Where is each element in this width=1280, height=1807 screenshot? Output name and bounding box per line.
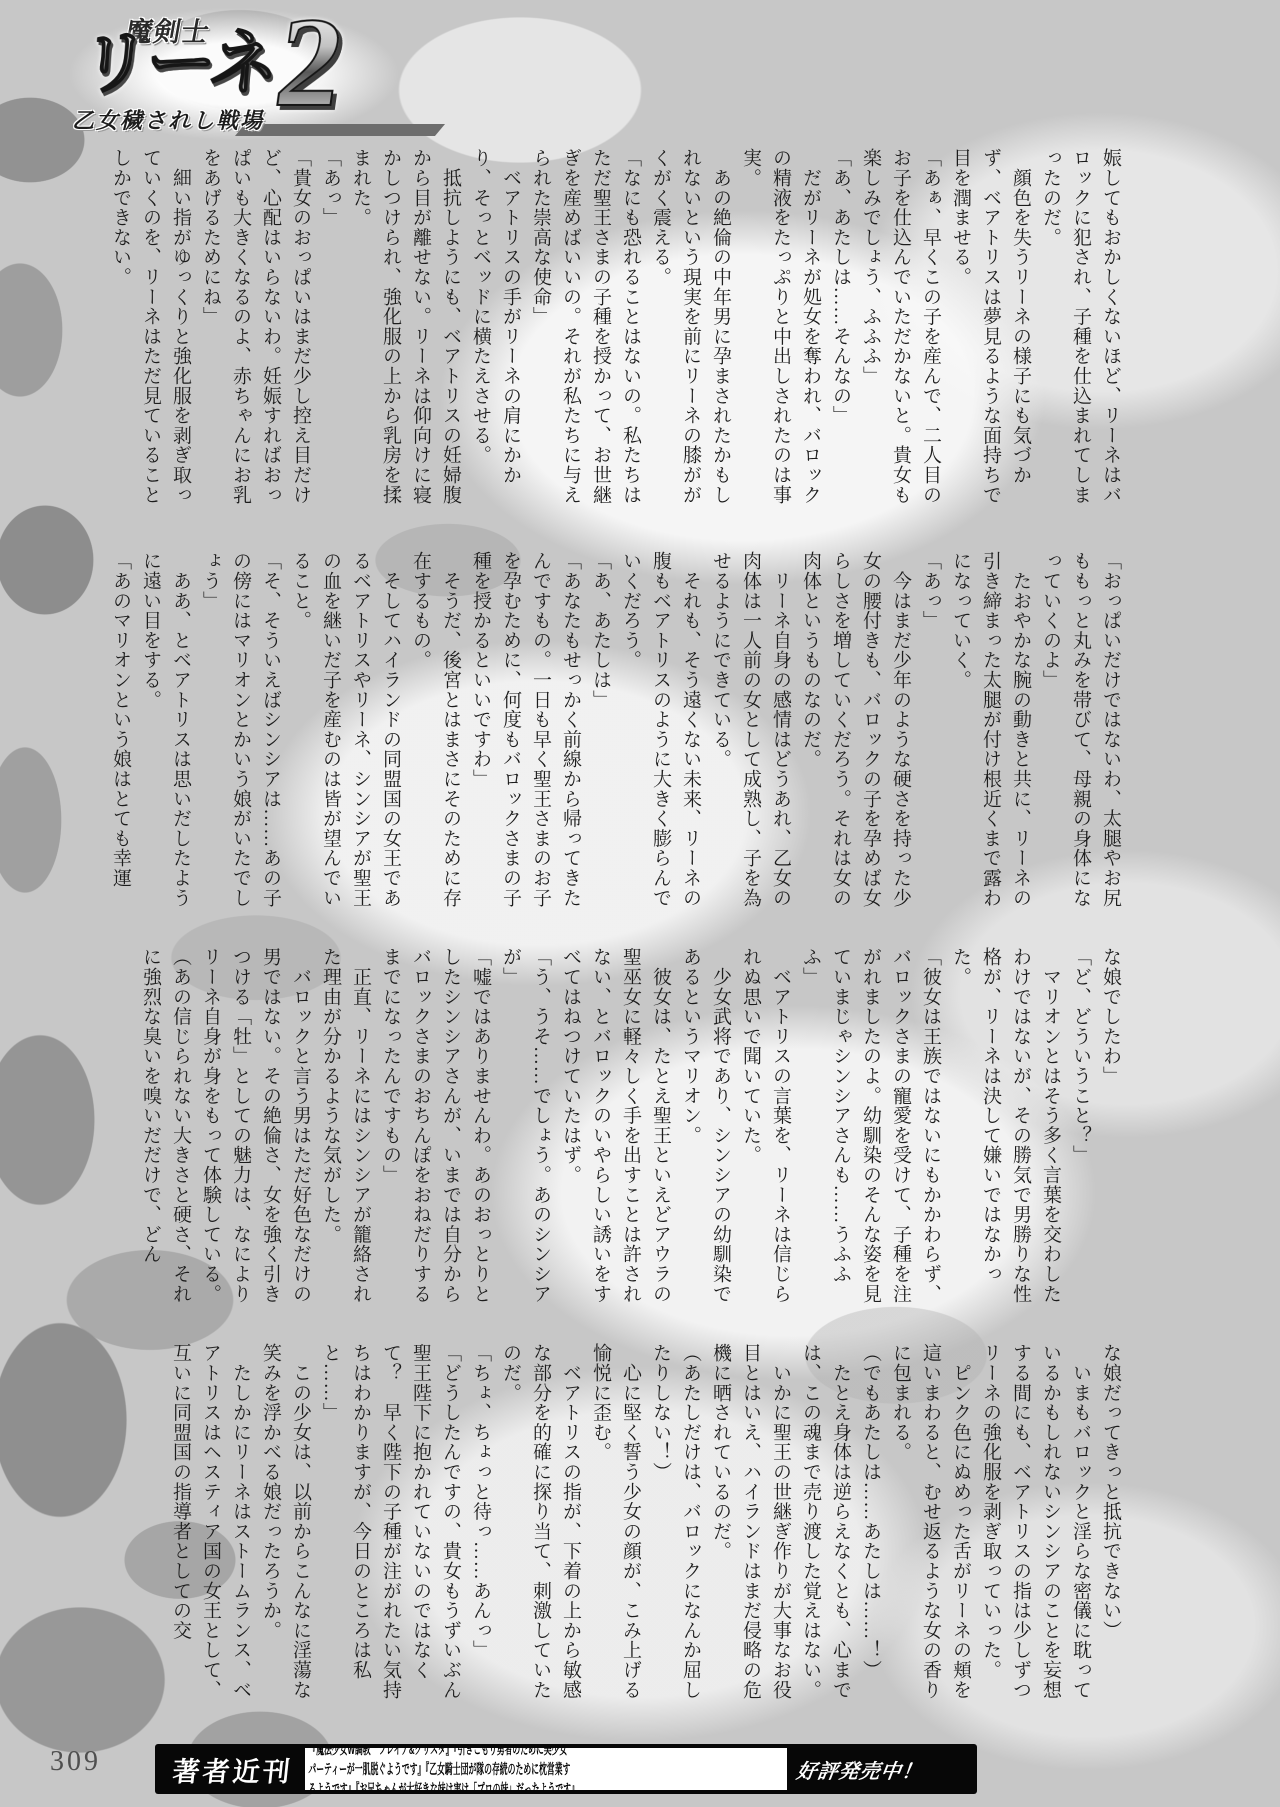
paragraph: ベアトリスの指が、下着の上から敏感な部分を的確に探り当て、刺激していたのだ。 <box>495 1343 585 1705</box>
text-band-3: な娘でしたわ」「ど、どういうこと？」 マリオンとはそう多く言葉を交わしたわけでは… <box>135 947 1125 1309</box>
paragraph: 「あ、あたしは」 <box>585 551 615 913</box>
paragraph: 「そ、そういえばシンシアは……あの子の傍にはマリオンとかいう娘がいたでしょう」 <box>195 551 285 913</box>
paragraph: 「おっぱいだけではないわ、太腿やお尻ももっと丸みを帯びて、母親の身体になっていく… <box>1035 551 1125 913</box>
paragraph: （あの信じられない大きさと硬さ、それに強烈な臭いを嗅いだだけで、どん <box>135 947 195 1309</box>
paragraph: たおやかな腕の動きと共に、リーネの引き締まった太腿が付け根近くまで露わになってい… <box>945 551 1035 913</box>
availability-badge: 好評発売中！ <box>785 1755 933 1784</box>
paragraph: たとえ身体は逆らえなくとも、心までは、この魂まで売り渡した覚えはない。 <box>795 1343 855 1705</box>
paragraph: 「あ、あたしは……そんなの」 <box>825 148 855 510</box>
text-band-4: な娘だってきっと抵抗できない） いまもバロックと淫らな密儀に耽っているかもしれな… <box>165 1343 1125 1705</box>
works-list: 『魔法少女W調教 フレイア&クリスタ』『引きこもり勇者のために美少女パーティーが… <box>305 1748 575 1790</box>
text-band-2: 「おっぱいだけではないわ、太腿やお尻ももっと丸みを帯びて、母親の身体になっていく… <box>105 551 1125 913</box>
paragraph: たしかにリーネはストームランス、ベアトリスはヘスティア国の女王として、互いに同盟… <box>165 1343 255 1705</box>
logo-title-main: リーネ <box>78 30 277 100</box>
paragraph: 少女武将であり、シンシアの幼馴染であるというマリオン。 <box>675 947 735 1309</box>
paragraph: な娘だってきっと抵抗できない） <box>1095 1343 1125 1705</box>
paragraph: （あたしだけは、バロックになんか屈したりしない！） <box>645 1343 705 1705</box>
paragraph: 「あぁ、早くこの子を産んで、二人目のお子を仕込んでいただかないと。貴女も楽しみで… <box>855 148 945 510</box>
paragraph: 「ちょ、ちょっと待っ……あんっ」 <box>465 1343 495 1705</box>
paragraph: この少女は、以前からこんなに淫蕩な笑みを浮かべる娘だったろうか。 <box>255 1343 315 1705</box>
paragraph: な娘でしたわ」 <box>1095 947 1125 1309</box>
paragraph: いかに聖王の世継ぎ作りが大事なお役目とはいえ、ハイランドはまだ侵略の危機に晒され… <box>705 1343 795 1705</box>
paragraph: 「あっ」 <box>915 551 945 913</box>
works-list-box: 『魔法少女W調教 フレイア&クリスタ』『引きこもり勇者のために美少女パーティーが… <box>305 1748 787 1790</box>
paragraph: 今はまだ少年のような硬さを持った少女の腰付きも、バロックの子を孕めば女らしさを増… <box>795 551 915 913</box>
paragraph: いまもバロックと淫らな密儀に耽っているかもしれないシンシアのことを妄想する間にも… <box>975 1343 1095 1705</box>
paragraph: 「嘘ではありませんわ。あのおっとりとしたシンシアさんが、いまでは自分からバロック… <box>375 947 495 1309</box>
paragraph: （でもあたしは……あたしは……！） <box>855 1343 885 1705</box>
paragraph: 顔色を失うリーネの様子にも気づかず、ベアトリスは夢見るような面持ちで目を潤ませる… <box>945 148 1035 510</box>
paragraph: ピンク色にぬめった舌がリーネの頬を這いまわると、むせ返るような女の香りに包まれる… <box>885 1343 975 1705</box>
paragraph: 娠してもおかしくないほど、リーネはバロックに犯され、子種を仕込まれてしまったのだ… <box>1035 148 1125 510</box>
logo-title-number: 2 <box>269 0 351 126</box>
paragraph: ベアトリスの手がリーネの肩にかかり、そっとベッドに横たえさせる。 <box>465 148 525 510</box>
paragraph: ああ、とベアトリスは思いだしたように遠い目をする。 <box>135 551 195 913</box>
paragraph: 抵抗しようにも、ベアトリスの妊婦腹から目が離せない。リーネは仰向けに寝かしつけら… <box>345 148 465 510</box>
paragraph: 細い指がゆっくりと強化服を剥ぎ取っていくのを、リーネはただ見ていることしかできな… <box>105 148 195 510</box>
paragraph: 「彼女は王族ではないにもかかわらず、バロックさまの寵愛を受けて、子種を注がれまし… <box>795 947 945 1309</box>
paragraph: 心に堅く誓う少女の顔が、こみ上げる愉悦に歪む。 <box>585 1343 645 1705</box>
paragraph: 「あなたもせっかく前線から帰ってきたんですもの。一日も早く聖王さまのお子を孕むた… <box>465 551 585 913</box>
paragraph: そうだ、後宮とはまさにそのために存在するもの。 <box>405 551 465 913</box>
paragraph: ベアトリスの言葉を、リーネは信じられぬ思いで聞いていた。 <box>735 947 795 1309</box>
page-number: 309 <box>50 1746 101 1778</box>
paragraph: 正直、リーネにはシンシアが籠絡された理由が分かるような気がした。 <box>315 947 375 1309</box>
paragraph: 「なにも恐れることはないの。私たちはただ聖王さまの子種を授かって、お世継ぎを産め… <box>525 148 645 510</box>
logo-shadow-bar <box>235 124 445 136</box>
paragraph: 「う、うそ……でしょう。あのシンシアが」 <box>495 947 555 1309</box>
paragraph: 「どうしたんですの、貴女もうずいぶん聖王陛下に抱かれていないのではなくて？ 早く… <box>315 1343 465 1705</box>
series-logo: 魔剣士 リーネ 2 乙女穢されし戦場 <box>64 4 404 144</box>
logo-subtitle: 乙女穢されし戦場 <box>72 104 264 135</box>
paragraph: それも、そう遠くない未来、リーネの腹もベアトリスのように大きく膨らんでいくだろう… <box>615 551 705 913</box>
paragraph: 「あっ」 <box>315 148 345 510</box>
paragraph: あの絶倫の中年男に孕まされたかもしれないという現実を前にリーネの膝ががくがく震え… <box>645 148 735 510</box>
paragraph: 「ど、どういうこと？」 <box>1065 947 1095 1309</box>
author-works-label: 著者近刊 <box>153 1750 307 1789</box>
paragraph: リーネ自身の感情はどうあれ、乙女の肉体は一人前の女として成熟し、子を為せるように… <box>705 551 795 913</box>
paragraph: 「貴女のおっぱいはまだ少し控え目だけど、心配はいらないわ。妊娠すればおっぱいも大… <box>195 148 315 510</box>
paragraph: 「あのマリオンという娘はとても幸運 <box>105 551 135 913</box>
paragraph: バロックと言う男はただ好色なだけの男ではない。その絶倫さ、女を強く引きつける「牡… <box>195 947 315 1309</box>
paragraph: だがリーネが処女を奪われ、バロックの精液をたっぷりと中出しされたのは事実。 <box>735 148 825 510</box>
text-band-1: 娠してもおかしくないほど、リーネはバロックに犯され、子種を仕込まれてしまったのだ… <box>105 148 1125 510</box>
paragraph: そしてハイランドの同盟国の女王であるベアトリスやリーネ、シンシアが聖王の血を継い… <box>285 551 405 913</box>
paragraph: 彼女は、たとえ聖王といえどアウラの聖巫女に軽々しく手を出すことは許されない、とバ… <box>555 947 675 1309</box>
paragraph: マリオンとはそう多く言葉を交わしたわけではないが、その勝気で男勝りな性格が、リー… <box>945 947 1065 1309</box>
book-page: 魔剣士 リーネ 2 乙女穢されし戦場 娠してもおかしくないほど、リーネはバロック… <box>0 0 1280 1807</box>
author-works-bar: 著者近刊 『魔法少女W調教 フレイア&クリスタ』『引きこもり勇者のために美少女パ… <box>155 1744 977 1794</box>
